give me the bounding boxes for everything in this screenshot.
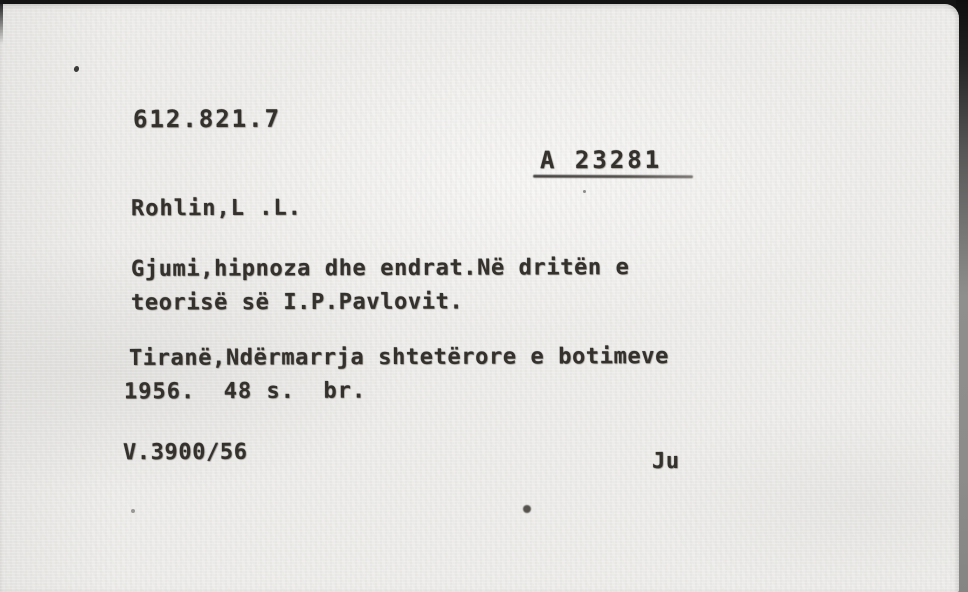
ink-speck — [583, 190, 586, 193]
author-line: Rohlin,L .L. — [131, 198, 302, 221]
inventory-number: V.3900/56 — [123, 442, 248, 464]
scanned-catalog-card: 612.821.7 A 23281 Rohlin,L .L. Gjumi,hip… — [0, 0, 968, 592]
cataloguer-initials: Ju — [652, 451, 680, 473]
classification-number: 612.821.7 — [133, 107, 281, 132]
ink-speck — [523, 505, 531, 513]
title-line-2: teorisë së I.P.Pavlovit. — [131, 291, 463, 314]
accession-number: A 23281 — [540, 148, 662, 172]
ink-speck — [131, 509, 135, 513]
imprint-line-2: 1956. 48 s. br. — [124, 381, 366, 404]
accession-number-underline — [533, 175, 693, 179]
title-line-1: Gjumi,hipnoza dhe endrat.Në dritën e — [131, 257, 630, 281]
imprint-line-1: Tiranë,Ndërmarrja shtetërore e botimeve — [129, 346, 669, 370]
scanner-background-left-edge — [0, 0, 3, 44]
ink-speck — [73, 65, 80, 72]
catalog-card: 612.821.7 A 23281 Rohlin,L .L. Gjumi,hip… — [0, 4, 959, 592]
